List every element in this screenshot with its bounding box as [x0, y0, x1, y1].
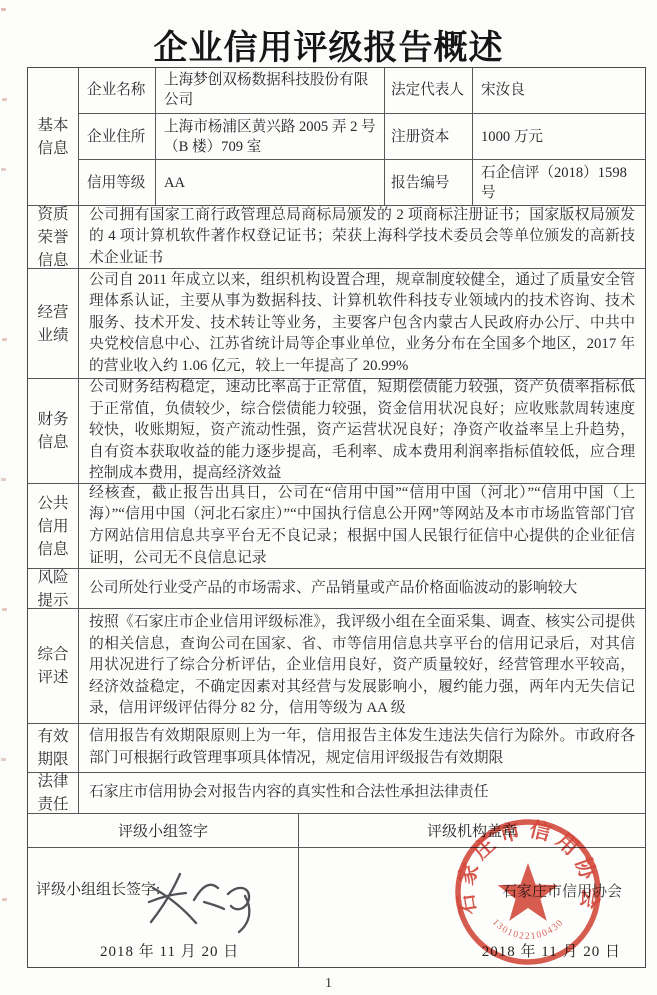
field-value-registered-capital: 1000 万元	[473, 114, 645, 160]
scan-artifact	[1, 168, 6, 171]
section-content-financial-info: 公司财务结构稳定，速动比率高于正常值，短期偿债能力较强，资产负债率指标低于正常值…	[79, 379, 645, 483]
header-rating-agency-seal: 评级机构盖章	[299, 814, 645, 847]
header-rating-team-signature: 评级小组签字	[28, 814, 299, 847]
field-label-registered-capital: 注册资本	[385, 114, 473, 160]
basic-info-grid: 企业名称 上海梦创双杨数据科技股份有限公司 法定代表人 宋汝良 企业住所 上海市…	[79, 68, 645, 205]
table-row-sign-headers: 评级小组签字 评级机构盖章	[28, 814, 645, 848]
table-row-overall-review: 综合评述 按照《石家庄市企业信用评级标准》，我评级小组在全面采集、调查、核实公司…	[28, 609, 645, 724]
table-row: 企业名称 上海梦创双杨数据科技股份有限公司 法定代表人 宋汝良	[79, 68, 645, 114]
section-label-business-performance: 经营业绩	[28, 269, 79, 378]
scan-artifact	[2, 608, 7, 611]
table-row-qualifications: 资质荣誉信息 公司拥有国家工商行政管理总局商标局颁发的 2 项商标注册证书；国家…	[28, 206, 645, 269]
rating-agency-date: 2018 年 11 月 20 日	[482, 940, 621, 961]
signature-cell-left: 评级小组组长签字: 2018 年 11 月 20 日	[28, 848, 299, 967]
table-row-business-performance: 经营业绩 公司自 2011 年成立以来，组织机构设置合理，规章制度较健全，通过了…	[28, 269, 645, 379]
scan-artifact	[1, 758, 6, 761]
field-label-credit-rating: 信用等级	[79, 160, 156, 205]
section-content-qualifications: 公司拥有国家工商行政管理总局商标局颁发的 2 项商标注册证书；国家版权局颁发的 …	[79, 206, 645, 268]
table-row-validity-period: 有效期限 信用报告有效期限原则上为一年，信用报告主体发生违法失信行为除外。市政府…	[28, 724, 645, 773]
field-value-company-address: 上海市杨浦区黄兴路 2005 弄 2 号（B 楼）709 室	[156, 114, 385, 160]
scan-artifact	[2, 898, 7, 901]
table-row-basic-info: 基本信息 企业名称 上海梦创双杨数据科技股份有限公司 法定代表人 宋汝良 企业住…	[28, 68, 645, 206]
scan-artifact	[2, 98, 7, 101]
leader-signature-handwriting	[146, 860, 278, 938]
field-value-company-name: 上海梦创双杨数据科技股份有限公司	[156, 68, 385, 113]
section-content-business-performance: 公司自 2011 年成立以来，组织机构设置合理，规章制度较健全，通过了质量安全管…	[79, 269, 645, 378]
field-value-credit-rating: AA	[156, 160, 385, 205]
field-label-company-name: 企业名称	[79, 68, 156, 113]
section-content-public-credit-info: 经核查，截止报告出具日，公司在“信用中国”“信用中国（河北）”“信用中国（上海）…	[79, 484, 645, 568]
table-row-signatures: 评级小组组长签字: 2018 年 11 月 20 日 石家庄市信用协会	[28, 848, 645, 967]
field-label-legal-representative: 法定代表人	[385, 68, 473, 113]
table-row: 企业住所 上海市杨浦区黄兴路 2005 弄 2 号（B 楼）709 室 注册资本…	[79, 114, 645, 161]
section-label-qualifications: 资质荣誉信息	[28, 206, 79, 268]
agency-name-text: 石家庄市信用协会	[502, 880, 622, 901]
field-label-report-number: 报告编号	[385, 160, 473, 205]
leader-signature-label: 评级小组组长签字:	[36, 878, 160, 899]
table-row-risk-warning: 风险提示 公司所处行业受产品的市场需求、产品销量或产品价格面临波动的影响较大	[28, 569, 645, 609]
section-label-financial-info: 财务信息	[28, 379, 79, 483]
scan-artifact	[1, 478, 6, 481]
page-number: 1	[0, 976, 657, 992]
section-label-public-credit-info: 公共信用信息	[28, 484, 79, 568]
section-content-risk-warning: 公司所处行业受产品的市场需求、产品销量或产品价格面临波动的影响较大	[79, 569, 645, 608]
section-label-basic-info: 基本信息	[28, 68, 79, 205]
section-label-overall-review: 综合评述	[28, 609, 79, 723]
section-content-legal-liability: 石家庄市信用协会对报告内容的真实性和合法性承担法律责任	[79, 773, 645, 813]
signature-cell-right: 石家庄市信用协会 2018 年 11 月 20 日	[299, 848, 645, 967]
section-label-validity-period: 有效期限	[28, 724, 79, 772]
field-label-company-address: 企业住所	[79, 114, 156, 160]
section-label-risk-warning: 风险提示	[28, 569, 79, 608]
field-value-legal-representative: 宋汝良	[473, 68, 645, 113]
page-title: 企业信用评级报告概述	[0, 20, 657, 69]
report-table: 基本信息 企业名称 上海梦创双杨数据科技股份有限公司 法定代表人 宋汝良 企业住…	[27, 67, 646, 968]
section-content-overall-review: 按照《石家庄市企业信用评级标准》，我评级小组在全面采集、调查、核实公司提供的相关…	[79, 609, 645, 723]
table-row-legal-liability: 法律责任 石家庄市信用协会对报告内容的真实性和合法性承担法律责任	[28, 773, 645, 814]
field-value-report-number: 石企信评（2018）1598 号	[473, 160, 645, 205]
scan-artifact	[1, 8, 6, 11]
section-label-legal-liability: 法律责任	[28, 773, 79, 813]
table-row: 信用等级 AA 报告编号 石企信评（2018）1598 号	[79, 160, 645, 205]
document-page: 企业信用评级报告概述 基本信息 企业名称 上海梦创双杨数据科技股份有限公司 法定…	[0, 0, 657, 995]
scan-artifact	[2, 338, 7, 341]
section-content-validity-period: 信用报告有效期限原则上为一年，信用报告主体发生违法失信行为除外。市政府各部门可根…	[79, 724, 645, 772]
table-row-financial-info: 财务信息 公司财务结构稳定，速动比率高于正常值，短期偿债能力较强，资产负债率指标…	[28, 379, 645, 484]
rating-team-date: 2018 年 11 月 20 日	[100, 940, 239, 961]
table-row-public-credit-info: 公共信用信息 经核查，截止报告出具日，公司在“信用中国”“信用中国（河北）”“信…	[28, 484, 645, 569]
